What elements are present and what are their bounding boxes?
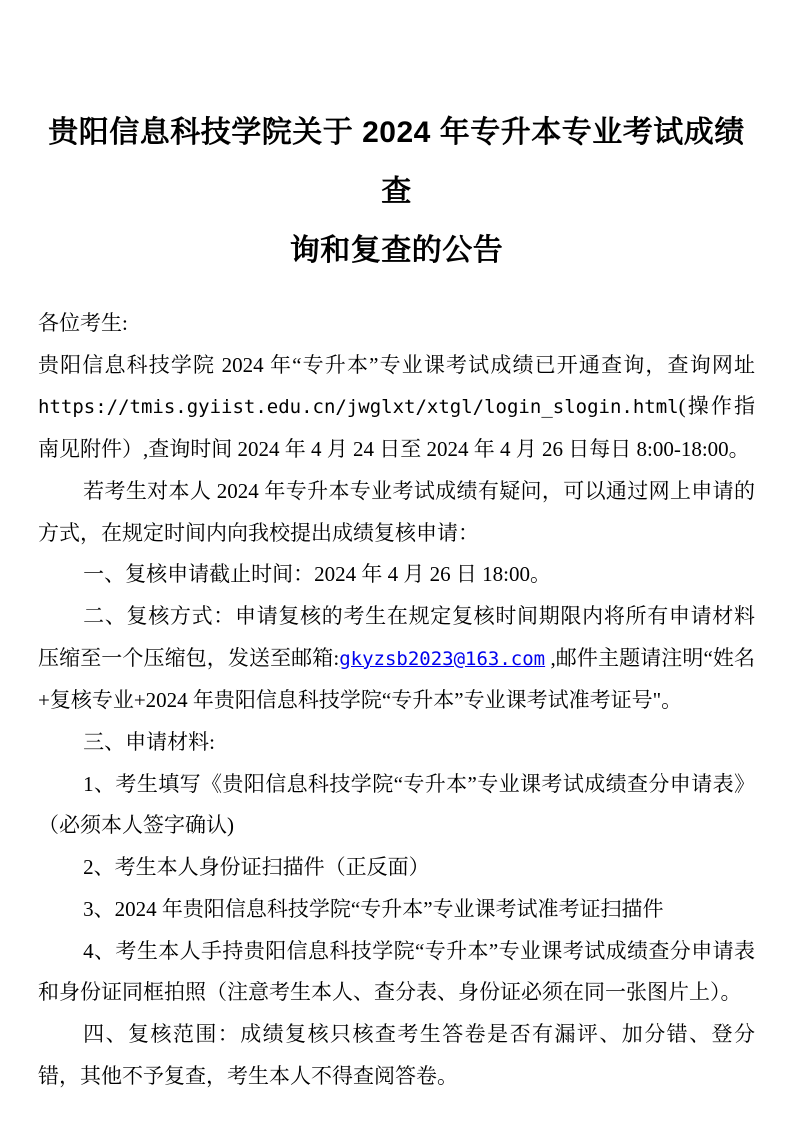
paragraph-review-intro: 若考生对本人 2024 年专升本专业考试成绩有疑问，可以通过网上申请的方式，在规…	[38, 471, 755, 554]
email-link[interactable]: gkyzsb2023@163.com	[339, 648, 545, 670]
document-title: 贵阳信息科技学院关于 2024 年专升本专业考试成绩查 询和复查的公告	[0, 0, 793, 280]
item-review-deadline: 一、复核申请截止时间：2024 年 4 月 26 日 18:00。	[38, 554, 755, 596]
material-item-4: 4、考生本人手持贵阳信息科技学院“专升本”专业课考试成绩查分申请表和身份证同框拍…	[38, 931, 755, 1014]
document-title-line-1: 贵阳信息科技学院关于 2024 年专升本专业考试成绩查	[36, 103, 757, 221]
paragraph-score-query-notice: 贵阳信息科技学院 2024 年“专升本”专业课考试成绩已开通查询，查询网址htt…	[38, 345, 755, 471]
item-materials-heading: 三、申请材料:	[38, 722, 755, 764]
material-item-3: 3、2024 年贵阳信息科技学院“专升本”专业课考试准考证扫描件	[38, 889, 755, 931]
document-body: 各位考生: 贵阳信息科技学院 2024 年“专升本”专业课考试成绩已开通查询，查…	[38, 303, 755, 1097]
document-page: 贵阳信息科技学院关于 2024 年专升本专业考试成绩查 询和复查的公告 各位考生…	[0, 0, 793, 1122]
query-url: https://tmis.gyiist.edu.cn/jwglxt/xtgl/l…	[38, 396, 679, 418]
material-item-2: 2、考生本人身份证扫描件（正反面）	[38, 847, 755, 889]
document-title-line-2: 询和复查的公告	[36, 221, 757, 280]
notice-text-before-url: 贵阳信息科技学院 2024 年“专升本”专业课考试成绩已开通查询，查询网址	[38, 353, 755, 377]
material-item-1: 1、考生填写《贵阳信息科技学院“专升本”专业课考试成绩查分申请表》（必须本人签字…	[38, 764, 755, 847]
salutation: 各位考生:	[38, 303, 755, 345]
item-review-scope: 四、复核范围：成绩复核只核查考生答卷是否有漏评、加分错、登分错，其他不予复查，考…	[38, 1014, 755, 1097]
item-review-method: 二、复核方式：申请复核的考生在规定复核时间期限内将所有申请材料压缩至一个压缩包，…	[38, 596, 755, 722]
